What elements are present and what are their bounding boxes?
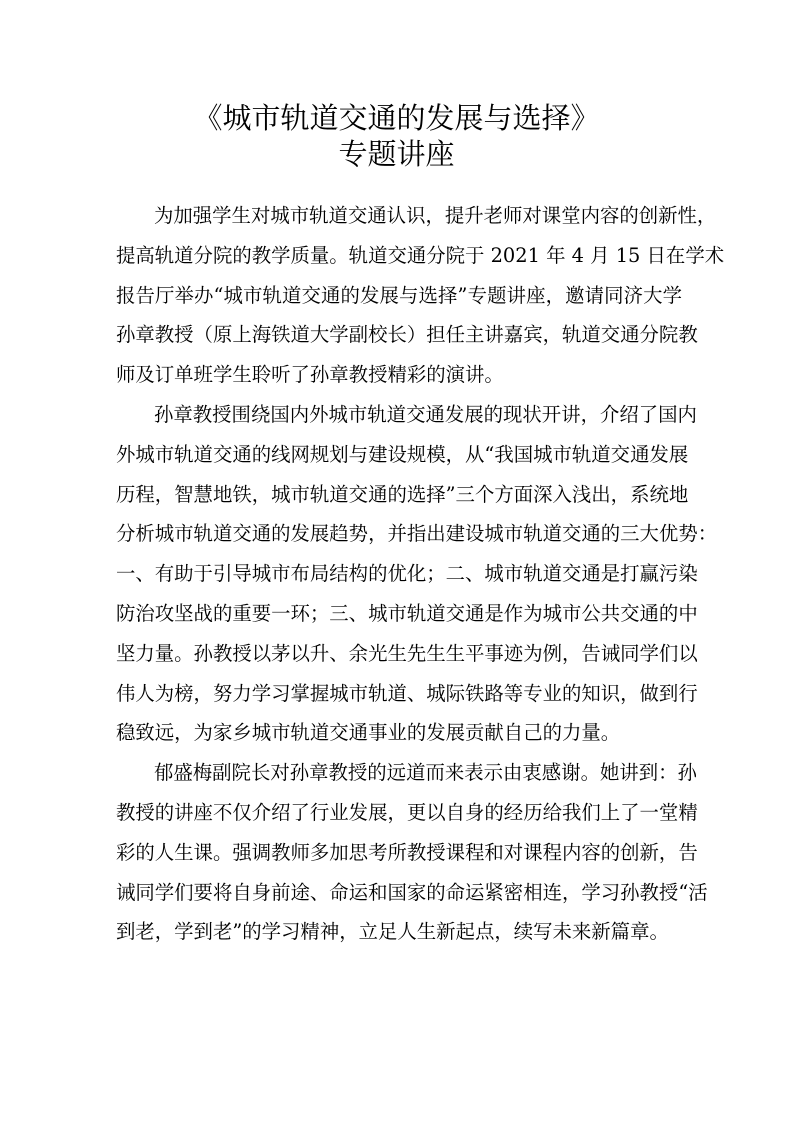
paragraph-line: 彩的人生课。强调教师多加思考所教授课程和对课程内容的创新，告 — [116, 833, 682, 873]
paragraph-line: 为加强学生对城市轨道交通认识，提升老师对课堂内容的创新性， — [116, 196, 682, 236]
paragraph-line: 一、有助于引导城市布局结构的优化；二、城市轨道交通是打赢污染 — [116, 554, 682, 594]
document-page: 《城市轨道交通的发展与选择》 专题讲座 为加强学生对城市轨道交通认识，提升老师对… — [0, 0, 793, 1122]
document-body: 为加强学生对城市轨道交通认识，提升老师对课堂内容的创新性， 提高轨道分院的教学质… — [116, 196, 682, 952]
paragraph-line: 孙章教授（原上海铁道大学副校长）担任主讲嘉宾，轨道交通分院教 — [116, 315, 682, 355]
paragraph-line: 伟人为榜，努力学习掌握城市轨道、城际铁路等专业的知识，做到行 — [116, 674, 682, 714]
paragraph-line: 分析城市轨道交通的发展趋势，并指出建设城市轨道交通的三大优势： — [116, 514, 682, 554]
paragraph-3: 郁盛梅副院长对孙章教授的远道而来表示由衷感谢。她讲到：孙 教授的讲座不仅介绍了行… — [116, 753, 682, 952]
paragraph-line: 到老，学到老”的学习精神，立足人生新起点，续写未来新篇章。 — [116, 912, 682, 952]
paragraph-line: 稳致远，为家乡城市轨道交通事业的发展贡献自己的力量。 — [116, 713, 682, 753]
document-title: 《城市轨道交通的发展与选择》 专题讲座 — [0, 100, 793, 172]
paragraph-line: 诫同学们要将自身前途、命运和国家的命运紧密相连，学习孙教授“活 — [116, 873, 682, 913]
paragraph-line: 师及订单班学生聆听了孙章教授精彩的演讲。 — [116, 355, 682, 395]
paragraph-line: 防治攻坚战的重要一环；三、城市轨道交通是作为城市公共交通的中 — [116, 594, 682, 634]
paragraph-line: 教授的讲座不仅介绍了行业发展，更以自身的经历给我们上了一堂精 — [116, 793, 682, 833]
paragraph-line: 历程，智慧地铁，城市轨道交通的选择”三个方面深入浅出，系统地 — [116, 475, 682, 515]
paragraph-line: 提高轨道分院的教学质量。轨道交通分院于 2021 年 4 月 15 日在学术 — [116, 236, 682, 276]
paragraph-line: 坚力量。孙教授以茅以升、余光生先生生平事迹为例，告诫同学们以 — [116, 634, 682, 674]
paragraph-1: 为加强学生对城市轨道交通认识，提升老师对课堂内容的创新性， 提高轨道分院的教学质… — [116, 196, 682, 395]
paragraph-line: 报告厅举办“城市轨道交通的发展与选择”专题讲座，邀请同济大学 — [116, 276, 682, 316]
paragraph-line: 孙章教授围绕国内外城市轨道交通发展的现状开讲，介绍了国内 — [116, 395, 682, 435]
title-line-2: 专题讲座 — [0, 136, 793, 172]
paragraph-line: 外城市轨道交通的线网规划与建设规模，从“我国城市轨道交通发展 — [116, 435, 682, 475]
paragraph-2: 孙章教授围绕国内外城市轨道交通发展的现状开讲，介绍了国内 外城市轨道交通的线网规… — [116, 395, 682, 753]
title-line-1: 《城市轨道交通的发展与选择》 — [0, 100, 793, 136]
paragraph-line: 郁盛梅副院长对孙章教授的远道而来表示由衷感谢。她讲到：孙 — [116, 753, 682, 793]
